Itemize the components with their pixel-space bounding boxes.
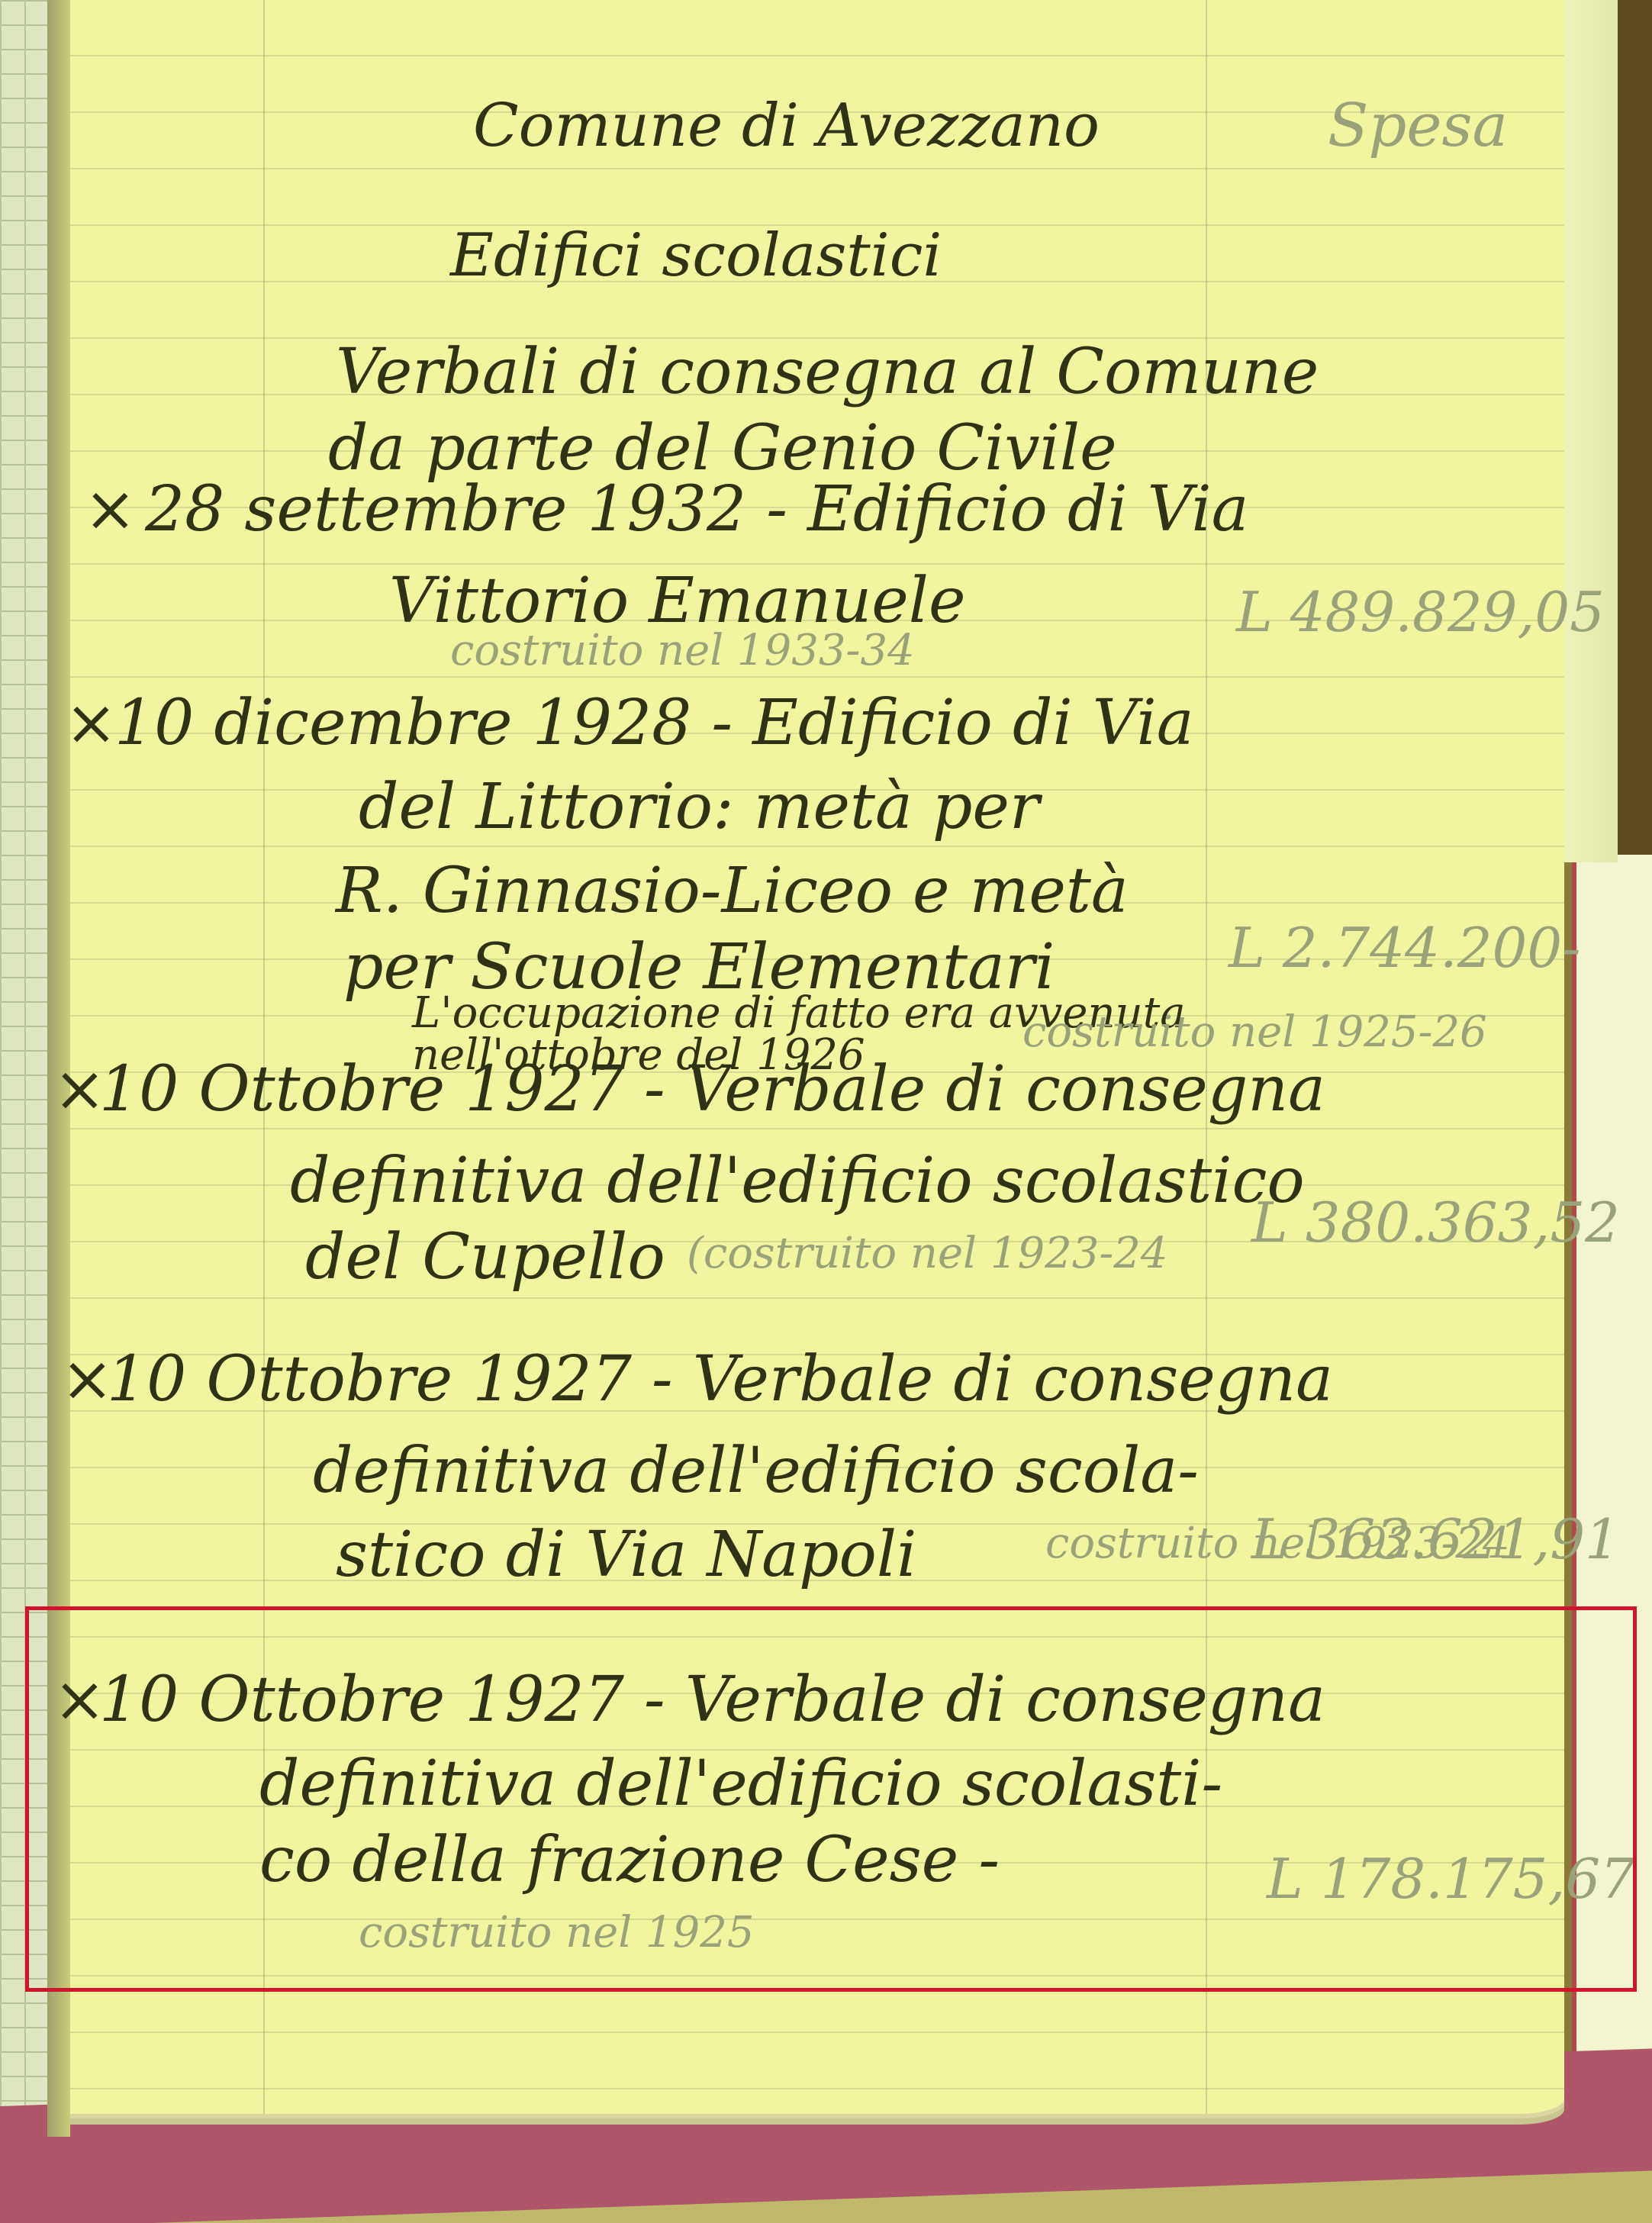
entry-line: R. Ginnasio-Liceo e metà bbox=[336, 855, 1129, 927]
spesa-column-header: Spesa bbox=[1328, 92, 1508, 160]
entry-line: del Littorio: metà per bbox=[359, 771, 1039, 843]
entry-amount: L 489.829,05 bbox=[1236, 580, 1605, 644]
municipality-heading: Comune di Avezzano bbox=[473, 92, 1100, 160]
entry-line: del Cupello bbox=[305, 1221, 665, 1294]
entry-amount: L 380.363,52 bbox=[1251, 1190, 1620, 1255]
entry-amount: L 363.621,91 bbox=[1251, 1507, 1620, 1571]
entry-line: stico di Via Napoli bbox=[336, 1519, 916, 1591]
pencil-note: costruito nel 1925-26 bbox=[1022, 1007, 1487, 1057]
section-title-line1: Verbali di consegna al Comune bbox=[336, 336, 1319, 408]
entry-marker: × bbox=[65, 687, 118, 759]
entry-line: 28 settembre 1932 - Edificio di Via bbox=[145, 473, 1249, 546]
pencil-note: (costruito nel 1923-24 bbox=[687, 1229, 1168, 1278]
entry-marker: × bbox=[84, 473, 137, 546]
entry-line: 10 dicembre 1928 - Edificio di Via bbox=[114, 687, 1194, 759]
entry-marker: × bbox=[61, 1343, 114, 1416]
subject-heading: Edifici scolastici bbox=[450, 221, 942, 290]
entry-amount: L 2.744.200- bbox=[1229, 916, 1580, 980]
entry-line: definitiva dell'edificio scola- bbox=[313, 1435, 1199, 1507]
entry-marker: × bbox=[53, 1053, 106, 1126]
entry-line: 10 Ottobre 1927 - Verbale di consegna bbox=[107, 1343, 1333, 1416]
page-fold bbox=[1564, 0, 1618, 862]
entry-line: 10 Ottobre 1927 - Verbale di consegna bbox=[99, 1053, 1325, 1126]
highlight-box bbox=[25, 1606, 1637, 1992]
pencil-note: costruito nel 1933-34 bbox=[450, 626, 915, 675]
entry-line: definitiva dell'edificio scolastico bbox=[290, 1145, 1305, 1217]
